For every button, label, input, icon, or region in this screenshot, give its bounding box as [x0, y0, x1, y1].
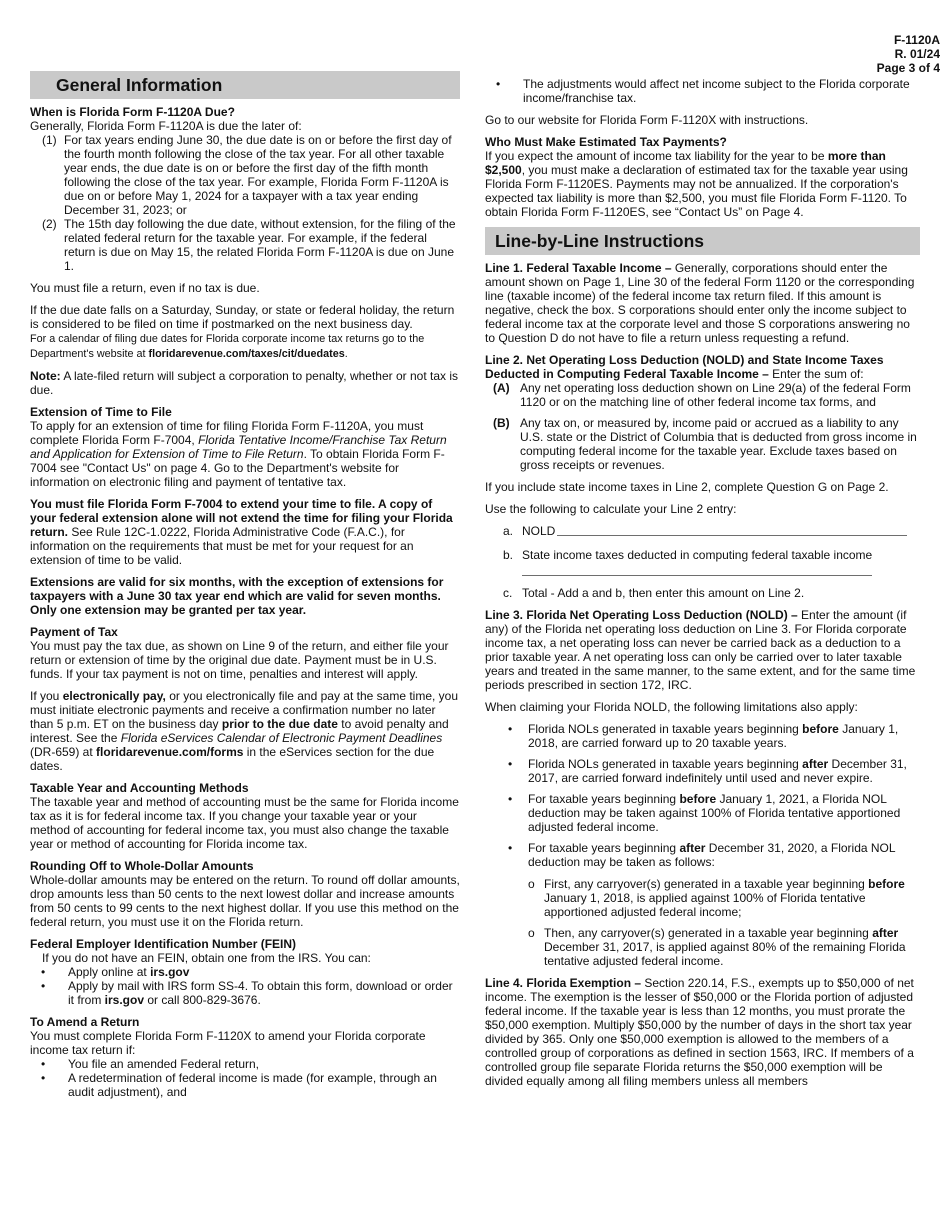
- text-run: A late-filed return will subject a corpo…: [30, 369, 458, 397]
- list-item: •A redetermination of federal income is …: [41, 1071, 460, 1099]
- subheading: Who Must Make Estimated Tax Payments?: [485, 135, 920, 149]
- paragraph: Line 1. Federal Taxable Income – General…: [485, 261, 920, 345]
- calc-label: Total - Add a and b, then enter this amo…: [522, 586, 804, 600]
- calc-item-text: State income taxes deducted in computing…: [522, 548, 920, 562]
- paragraph: When claiming your Florida NOLD, the fol…: [485, 700, 920, 714]
- list-item-text: Florida NOLs generated in taxable years …: [528, 757, 920, 785]
- subheading: Payment of Tax: [30, 625, 460, 639]
- calc-label: NOLD: [522, 524, 555, 538]
- doc-ref-line: R. 01/24: [485, 47, 940, 61]
- list-item-text: Then, any carryover(s) generated in a ta…: [544, 926, 920, 968]
- calc-item: a.NOLD: [485, 524, 920, 538]
- list-item-text: For tax years ending June 30, the due da…: [64, 133, 460, 217]
- list: (1)For tax years ending June 30, the due…: [30, 133, 460, 273]
- list-item: •You file an amended Federal return,: [41, 1057, 460, 1071]
- paragraph: Whole-dollar amounts may be entered on t…: [30, 873, 460, 929]
- text-run: irs.gov: [150, 965, 189, 979]
- paragraph: You must file Florida Form F-7004 to ext…: [30, 497, 460, 567]
- text-run: Any tax on, or measured by, income paid …: [520, 416, 917, 472]
- paragraph: If you do not have an FEIN, obtain one f…: [30, 951, 460, 965]
- text-run: Federal Employer Identification Number (…: [30, 937, 296, 951]
- text-run: December 31, 2017, is applied against 80…: [544, 940, 906, 968]
- text-run: before: [802, 722, 839, 736]
- text-run: before: [679, 792, 716, 806]
- list: (A)Any net operating loss deduction show…: [485, 381, 920, 472]
- text-run: If you do not have an FEIN, obtain one f…: [42, 951, 371, 965]
- list-item: (2)The 15th day following the due date, …: [42, 217, 460, 273]
- paragraph: Extensions are valid for six months, wit…: [30, 575, 460, 617]
- paragraph: If you electronically pay, or you electr…: [30, 689, 460, 773]
- text-run: floridarevenue.com/taxes/cit/duedates: [148, 348, 344, 360]
- text-run: January 1, 2018, is applied against 100%…: [544, 891, 866, 919]
- subheading: To Amend a Return: [30, 1015, 460, 1029]
- text-run: Use the following to calculate your Line…: [485, 502, 736, 516]
- list-marker: •: [41, 1057, 68, 1071]
- list: oFirst, any carryover(s) generated in a …: [485, 877, 920, 968]
- text-run: When is Florida Form F-1120A Due?: [30, 105, 235, 119]
- text-run: Payment of Tax: [30, 625, 118, 639]
- calc-item-text: NOLD: [522, 524, 920, 538]
- text-run: or call 800-829-3676.: [144, 993, 261, 1007]
- list-item: oFirst, any carryover(s) generated in a …: [528, 877, 920, 919]
- list-item-text: For taxable years beginning after Decemb…: [528, 841, 920, 869]
- calc-letter: c.: [503, 586, 522, 600]
- paragraph: If you expect the amount of income tax l…: [485, 149, 920, 219]
- text-run: For taxable years beginning: [528, 841, 679, 855]
- calc-letter: a.: [503, 524, 522, 538]
- text-run: If you: [30, 689, 63, 703]
- doc-ref-line: Page 3 of 4: [485, 61, 940, 75]
- fill-in-line: [522, 575, 872, 576]
- text-run: Florida NOLs generated in taxable years …: [528, 722, 802, 736]
- list-marker: •: [508, 757, 528, 771]
- paragraph: Line 4. Florida Exemption – Section 220.…: [485, 976, 920, 1088]
- calc-item: b.State income taxes deducted in computi…: [485, 548, 920, 562]
- list-item-text: A redetermination of federal income is m…: [68, 1071, 460, 1099]
- section-header-title: General Information: [56, 71, 222, 99]
- text-run: Then, any carryover(s) generated in a ta…: [544, 926, 872, 940]
- text-run: When claiming your Florida NOLD, the fol…: [485, 700, 858, 714]
- text-run: Line 3. Florida Net Operating Loss Deduc…: [485, 608, 798, 622]
- paragraph: Line 3. Florida Net Operating Loss Deduc…: [485, 608, 920, 692]
- text-run: To Amend a Return: [30, 1015, 139, 1029]
- text-run: You file an amended Federal return,: [68, 1057, 259, 1071]
- text-run: floridarevenue.com/forms: [96, 745, 243, 759]
- text-run: Any net operating loss deduction shown o…: [520, 381, 911, 409]
- list: •The adjustments would affect net income…: [485, 77, 920, 105]
- list-item: •For taxable years beginning before Janu…: [508, 792, 920, 834]
- text-run: irs.gov: [105, 993, 144, 1007]
- text-run: Florida NOLs generated in taxable years …: [528, 757, 802, 771]
- subheading: Rounding Off to Whole-Dollar Amounts: [30, 859, 460, 873]
- doc-ref: F-1120AR. 01/24Page 3 of 4: [485, 33, 940, 75]
- list-item: (A)Any net operating loss deduction show…: [493, 381, 920, 409]
- right-column: F-1120AR. 01/24Page 3 of 4•The adjustmen…: [485, 33, 920, 1230]
- list-marker: o: [528, 877, 544, 891]
- subheading: Taxable Year and Accounting Methods: [30, 781, 460, 795]
- paragraph: You must file a return, even if no tax i…: [30, 281, 460, 295]
- text-run: Apply online at: [68, 965, 150, 979]
- text-run: .: [345, 348, 348, 360]
- text-run: A redetermination of federal income is m…: [68, 1071, 437, 1099]
- list-item: (1)For tax years ending June 30, the due…: [42, 133, 460, 217]
- list-marker: •: [41, 979, 68, 993]
- subheading: Federal Employer Identification Number (…: [30, 937, 460, 951]
- text-run: after: [872, 926, 898, 940]
- paragraph: Generally, Florida Form F-1120A is due t…: [30, 119, 460, 133]
- left-column: General InformationWhen is Florida Form …: [30, 71, 460, 1230]
- paragraph: Go to our website for Florida Form F-112…: [485, 113, 920, 127]
- text-run: (DR-659) at: [30, 745, 96, 759]
- text-run: after: [802, 757, 828, 771]
- text-run: Extensions are valid for six months, wit…: [30, 575, 443, 617]
- doc-ref-line: F-1120A: [485, 33, 940, 47]
- paragraph: If the due date falls on a Saturday, Sun…: [30, 303, 460, 331]
- list-item: oThen, any carryover(s) generated in a t…: [528, 926, 920, 968]
- list-item: •Apply by mail with IRS form SS-4. To ob…: [41, 979, 460, 1007]
- text-run: The taxable year and method of accountin…: [30, 795, 459, 851]
- list-marker: (1): [42, 133, 64, 147]
- text-run: Go to our website for Florida Form F-112…: [485, 113, 808, 127]
- text-run: If you include state income taxes in Lin…: [485, 480, 889, 494]
- page: General InformationWhen is Florida Form …: [0, 0, 950, 1230]
- section-header-bar: Line-by-Line Instructions: [485, 227, 920, 255]
- text-run: electronically pay,: [63, 689, 166, 703]
- list-marker: (B): [493, 416, 520, 430]
- list-item: (B)Any tax on, or measured by, income pa…: [493, 416, 920, 472]
- list-marker: •: [508, 722, 528, 736]
- text-run: Who Must Make Estimated Tax Payments?: [485, 135, 727, 149]
- text-run: Line 4. Florida Exemption –: [485, 976, 641, 990]
- paragraph: You must pay the tax due, as shown on Li…: [30, 639, 460, 681]
- paragraph: The taxable year and method of accountin…: [30, 795, 460, 851]
- calc-item-text: Total - Add a and b, then enter this amo…: [522, 586, 920, 600]
- text-run: Section 220.14, F.S., exempts up to $50,…: [485, 976, 914, 1088]
- text-run: Generally, Florida Form F-1120A is due t…: [30, 119, 302, 133]
- list-item-text: For taxable years beginning before Janua…: [528, 792, 920, 834]
- text-run: If the due date falls on a Saturday, Sun…: [30, 303, 454, 331]
- list-marker: •: [508, 841, 528, 855]
- text-run: Florida eServices Calendar of Electronic…: [121, 731, 443, 745]
- list-item: •The adjustments would affect net income…: [496, 77, 920, 105]
- paragraph: If you include state income taxes in Lin…: [485, 480, 920, 494]
- list-item-text: Florida NOLs generated in taxable years …: [528, 722, 920, 750]
- list-item-text: Apply online at irs.gov: [68, 965, 460, 979]
- list-item: •Florida NOLs generated in taxable years…: [508, 757, 920, 785]
- list: •Apply online at irs.gov•Apply by mail w…: [30, 965, 460, 1007]
- text-run: Line 1. Federal Taxable Income –: [485, 261, 672, 275]
- list: •Florida NOLs generated in taxable years…: [485, 722, 920, 869]
- list-marker: •: [508, 792, 528, 806]
- list-marker: o: [528, 926, 544, 940]
- list-marker: •: [41, 965, 68, 979]
- text-run: Rounding Off to Whole-Dollar Amounts: [30, 859, 254, 873]
- paragraph: To apply for an extension of time for fi…: [30, 419, 460, 489]
- text-run: First, any carryover(s) generated in a t…: [544, 877, 868, 891]
- text-run: Whole-dollar amounts may be entered on t…: [30, 873, 460, 929]
- list-item: •For taxable years beginning after Decem…: [508, 841, 920, 869]
- list-item-text: You file an amended Federal return,: [68, 1057, 460, 1071]
- text-run: The 15th day following the due date, wit…: [64, 217, 456, 273]
- list-item-text: First, any carryover(s) generated in a t…: [544, 877, 920, 919]
- list-item-text: Any net operating loss deduction shown o…: [520, 381, 920, 409]
- list-marker: •: [496, 77, 523, 91]
- calc-label: State income taxes deducted in computing…: [522, 548, 872, 562]
- list-item-text: The adjustments would affect net income …: [523, 77, 920, 105]
- text-run: You must pay the tax due, as shown on Li…: [30, 639, 449, 681]
- text-run: You must complete Florida Form F-1120X t…: [30, 1029, 426, 1057]
- list: •You file an amended Federal return,•A r…: [30, 1057, 460, 1099]
- paragraph: You must complete Florida Form F-1120X t…: [30, 1029, 460, 1057]
- text-run: Note:: [30, 369, 61, 383]
- list-item: •Apply online at irs.gov: [41, 965, 460, 979]
- text-run: before: [868, 877, 905, 891]
- text-run: Enter the sum of:: [769, 367, 864, 381]
- text-run: For taxable years beginning: [528, 792, 679, 806]
- section-header-bar: General Information: [30, 71, 460, 99]
- list-item-text: Any tax on, or measured by, income paid …: [520, 416, 920, 472]
- list-item: •Florida NOLs generated in taxable years…: [508, 722, 920, 750]
- list-item-text: Apply by mail with IRS form SS-4. To obt…: [68, 979, 460, 1007]
- text-run: after: [679, 841, 705, 855]
- paragraph: Note: A late-filed return will subject a…: [30, 369, 460, 397]
- subheading: When is Florida Form F-1120A Due?: [30, 105, 460, 119]
- text-run: Taxable Year and Accounting Methods: [30, 781, 249, 795]
- text-run: The adjustments would affect net income …: [523, 77, 910, 105]
- text-run: See Rule 12C-1.0222, Florida Administrat…: [30, 525, 414, 567]
- text-run: Extension of Time to File: [30, 405, 172, 419]
- subheading: Extension of Time to File: [30, 405, 460, 419]
- fill-in-line: [557, 524, 907, 536]
- text-run: , you must make a declaration of estimat…: [485, 163, 908, 219]
- text-run: You must file a return, even if no tax i…: [30, 281, 260, 295]
- text-run: prior to the due date: [222, 717, 338, 731]
- list-marker: (2): [42, 217, 64, 231]
- paragraph: For a calendar of filing due dates for F…: [30, 331, 460, 361]
- list-marker: (A): [493, 381, 520, 395]
- calc-letter: b.: [503, 548, 522, 562]
- text-run: For tax years ending June 30, the due da…: [64, 133, 452, 217]
- calc-list: a.NOLDb.State income taxes deducted in c…: [485, 524, 920, 600]
- text-run: If you expect the amount of income tax l…: [485, 149, 828, 163]
- paragraph: Use the following to calculate your Line…: [485, 502, 920, 516]
- calc-item: c.Total - Add a and b, then enter this a…: [485, 586, 920, 600]
- section-header-title: Line-by-Line Instructions: [495, 227, 704, 255]
- list-marker: •: [41, 1071, 68, 1085]
- list-item-text: The 15th day following the due date, wit…: [64, 217, 460, 273]
- paragraph: Line 2. Net Operating Loss Deduction (NO…: [485, 353, 920, 381]
